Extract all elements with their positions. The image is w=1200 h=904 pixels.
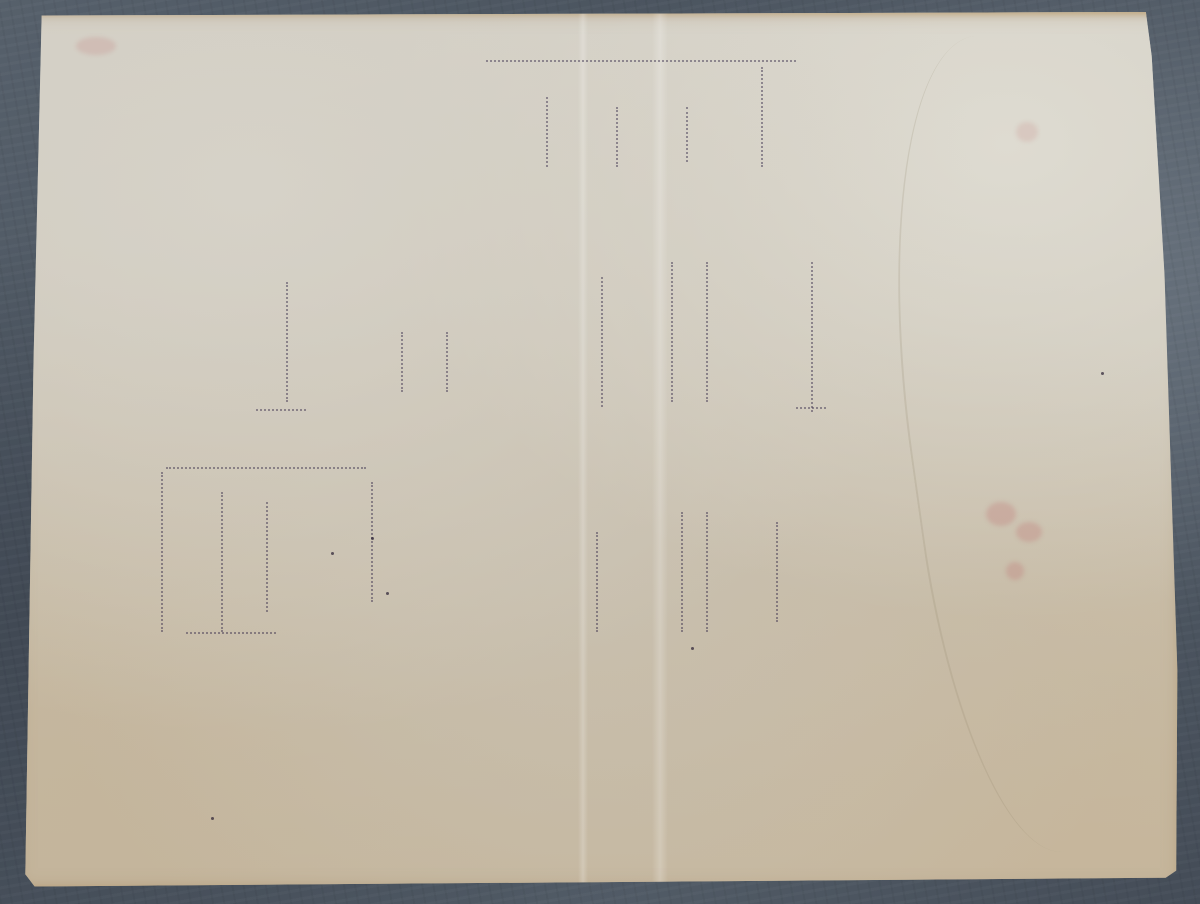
ink-bleed-mark [221,492,223,632]
ink-bleed-mark [266,502,268,612]
ink-bleed-mark [706,262,708,402]
ink-speck [691,647,694,650]
ink-bleed-mark [671,262,673,402]
ink-bleed-mark [681,512,683,632]
ink-speck [211,817,214,820]
ink-bleed-mark [761,67,763,167]
ink-bleed-mark [706,512,708,632]
red-stain [986,502,1016,526]
ink-bleed-mark [486,60,796,62]
ink-bleed-mark [811,262,813,412]
red-stain [76,37,116,55]
ink-speck [1101,372,1104,375]
vertical-fold-line [652,12,668,890]
ink-bleed-mark [166,467,366,469]
ink-bleed-mark [601,277,603,407]
ink-bleed-mark [446,332,448,392]
red-stain [1016,122,1038,142]
ink-bleed-mark [161,472,163,632]
ink-speck [371,537,374,540]
paper-sheet [16,12,1182,890]
ink-bleed-mark [286,282,288,402]
ink-bleed-mark [546,97,548,167]
ink-bleed-mark [401,332,403,392]
ink-bleed-mark [186,632,276,634]
ink-bleed-mark [776,522,778,622]
ink-speck [331,552,334,555]
ink-bleed-mark [796,407,826,409]
ink-bleed-mark [371,482,373,602]
vertical-fold-line [578,12,588,890]
red-stain [1006,562,1024,580]
ink-bleed-mark [256,409,306,411]
ink-speck [386,592,389,595]
red-stain [1016,522,1042,542]
ink-bleed-mark [616,107,618,167]
diagonal-crease [854,19,1200,865]
ink-bleed-mark [596,532,598,632]
ink-bleed-mark [686,107,688,162]
